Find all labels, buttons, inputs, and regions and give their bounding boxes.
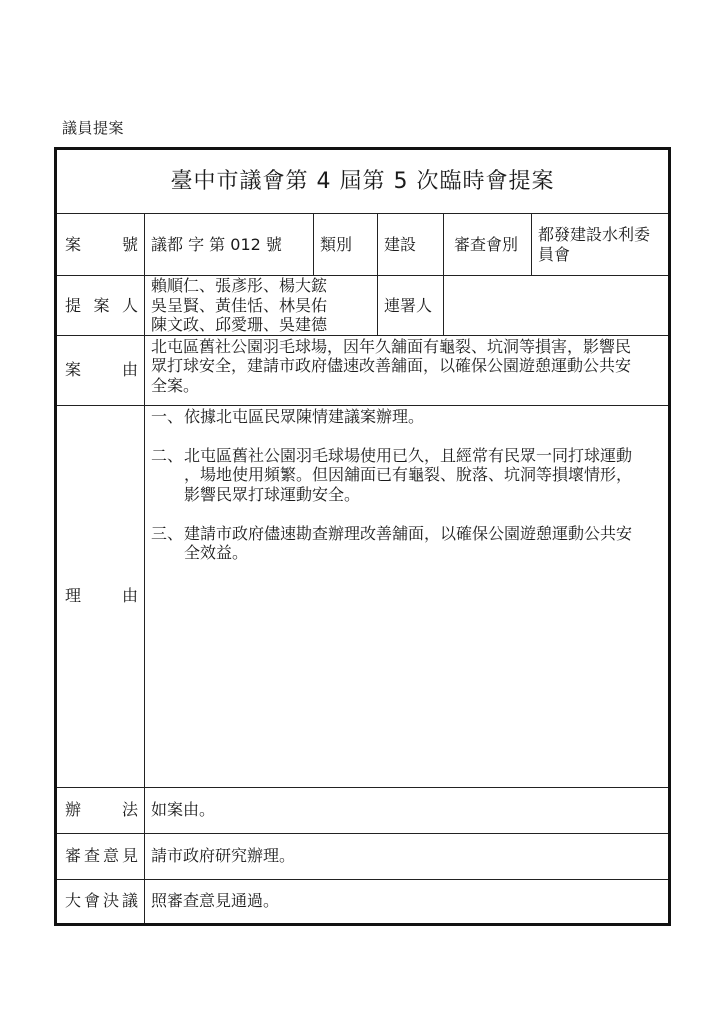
label-char: 人 bbox=[122, 296, 138, 316]
review-opinion-row: 審 查 意 見 請市政府研究辦理。 bbox=[56, 833, 670, 879]
reasons-row: 理 由 一、 依據北屯區民眾陳情建議案辦理。 二、 北屯區舊社公園羽毛球場使用已… bbox=[56, 405, 670, 787]
label-char: 議 bbox=[122, 891, 138, 911]
case-number-row: 案 號 議都 字 第 012 號 類別 建設 審查會別 都發建設水利委 員會 bbox=[56, 214, 670, 276]
proposers-label: 提 案 人 bbox=[56, 276, 145, 336]
label-char: 法 bbox=[122, 800, 138, 820]
review-opinion-label: 審 查 意 見 bbox=[56, 833, 145, 879]
subject-line: 眾打球安全，建請市政府儘速改善舖面，以確保公園遊憩運動公共安 bbox=[151, 356, 662, 376]
reasons-content: 一、 依據北屯區民眾陳情建議案辦理。 二、 北屯區舊社公園羽毛球場使用已久，且經… bbox=[145, 405, 670, 787]
resolution-row: 大 會 決 議 照審查意見通過。 bbox=[56, 879, 670, 924]
form-title: 臺中市議會第 4 屆第 5 次臨時會提案 bbox=[56, 149, 670, 214]
label-char: 審 bbox=[65, 846, 81, 866]
reason-item: 二、 北屯區舊社公園羽毛球場使用已久，且經常有民眾一同打球運動 ，場地使用頻繁。… bbox=[151, 446, 662, 505]
method-row: 辦 法 如案由。 bbox=[56, 787, 670, 833]
reason-line: 影響民眾打球運動安全。 bbox=[184, 485, 662, 505]
reason-item: 三、 建請市政府儘速勘查辦理改善舖面，以確保公園遊憩運動公共安 全效益。 bbox=[151, 524, 662, 563]
label-char: 提 bbox=[65, 296, 81, 316]
label-char: 見 bbox=[122, 846, 138, 866]
label-char: 意 bbox=[103, 846, 119, 866]
reason-line: ，場地使用頻繁。但因舖面已有龜裂、脫落、坑洞等損壞情形， bbox=[184, 465, 662, 485]
committee-line: 員會 bbox=[538, 245, 662, 265]
subject-row: 案 由 北屯區舊社公園羽毛球場，因年久舖面有龜裂、坑洞等損害，影響民 眾打球安全… bbox=[56, 335, 670, 405]
committee-line: 都發建設水利委 bbox=[538, 225, 662, 245]
label-char: 案 bbox=[65, 360, 81, 380]
proposers-row: 提 案 人 賴順仁、張彥彤、楊大鋐 吳呈賢、黃佳恬、林昊佑 陳文政、邱愛珊、吳建… bbox=[56, 276, 670, 336]
label-char: 案 bbox=[93, 296, 109, 316]
method-label: 辦 法 bbox=[56, 787, 145, 833]
reasons-label: 理 由 bbox=[56, 405, 145, 787]
resolution-label: 大 會 決 議 bbox=[56, 879, 145, 924]
category-value: 建設 bbox=[378, 214, 444, 276]
method-value: 如案由。 bbox=[145, 787, 670, 833]
label-char: 決 bbox=[103, 891, 119, 911]
reason-line: 全效益。 bbox=[184, 543, 662, 563]
reason-marker: 三、 bbox=[151, 524, 184, 563]
label-char: 由 bbox=[122, 360, 138, 380]
proposer-names-line: 陳文政、邱愛珊、吳建德 bbox=[151, 315, 371, 335]
case-number-value: 議都 字 第 012 號 bbox=[145, 214, 314, 276]
label-char: 查 bbox=[84, 846, 100, 866]
reason-item: 一、 依據北屯區民眾陳情建議案辦理。 bbox=[151, 407, 662, 427]
subject-line: 北屯區舊社公園羽毛球場，因年久舖面有龜裂、坑洞等損害，影響民 bbox=[151, 337, 662, 357]
proposer-names-line: 賴順仁、張彥彤、楊大鋐 bbox=[151, 276, 371, 296]
label-char: 辦 bbox=[65, 800, 81, 820]
subject-line: 全案。 bbox=[151, 376, 662, 396]
cosigners-value bbox=[444, 276, 670, 336]
label-char: 由 bbox=[122, 586, 138, 606]
title-row: 臺中市議會第 4 屆第 5 次臨時會提案 bbox=[56, 149, 670, 214]
proposer-names-line: 吳呈賢、黃佳恬、林昊佑 bbox=[151, 296, 371, 316]
reason-line: 依據北屯區民眾陳情建議案辦理。 bbox=[184, 407, 662, 427]
label-char: 會 bbox=[84, 891, 100, 911]
label-char: 理 bbox=[65, 586, 81, 606]
subject-label: 案 由 bbox=[56, 335, 145, 405]
case-number-label: 案 號 bbox=[56, 214, 145, 276]
reason-marker: 一、 bbox=[151, 407, 184, 427]
document-header: 議員提案 bbox=[62, 118, 124, 138]
reason-line: 北屯區舊社公園羽毛球場使用已久，且經常有民眾一同打球運動 bbox=[184, 446, 662, 466]
proposers-names: 賴順仁、張彥彤、楊大鋐 吳呈賢、黃佳恬、林昊佑 陳文政、邱愛珊、吳建德 bbox=[145, 276, 378, 336]
review-committee-value: 都發建設水利委 員會 bbox=[532, 214, 670, 276]
label-char: 大 bbox=[65, 891, 81, 911]
reason-line: 建請市政府儘速勘查辦理改善舖面，以確保公園遊憩運動公共安 bbox=[184, 524, 662, 544]
proposal-form-table: 臺中市議會第 4 屆第 5 次臨時會提案 案 號 議都 字 第 012 號 類別… bbox=[54, 147, 671, 926]
review-committee-label: 審查會別 bbox=[444, 214, 532, 276]
subject-content: 北屯區舊社公園羽毛球場，因年久舖面有龜裂、坑洞等損害，影響民 眾打球安全，建請市… bbox=[145, 335, 670, 405]
review-opinion-value: 請市政府研究辦理。 bbox=[145, 833, 670, 879]
reason-marker: 二、 bbox=[151, 446, 184, 505]
cosigners-label: 連署人 bbox=[378, 276, 444, 336]
resolution-value: 照審查意見通過。 bbox=[145, 879, 670, 924]
label-char: 號 bbox=[122, 235, 138, 255]
label-char: 案 bbox=[65, 235, 81, 255]
category-label: 類別 bbox=[314, 214, 378, 276]
